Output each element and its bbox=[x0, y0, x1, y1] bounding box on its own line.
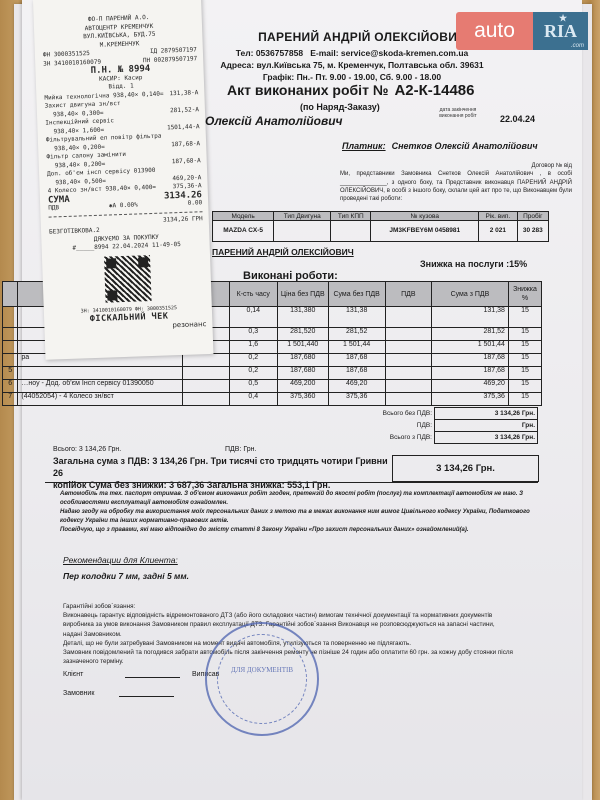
consent-paragraph: Посвідчую, що з правами, які маю відпові… bbox=[60, 526, 540, 535]
works-cell-vat bbox=[385, 380, 431, 393]
vat-small: ПДВ: Грн. bbox=[225, 446, 256, 453]
totals-table: Всього без ПДВ:3 134,26 Грн.ПДВ:Грн.Всьо… bbox=[320, 407, 538, 444]
works-cell-total: 187,68 bbox=[431, 367, 508, 380]
works-cell-vat bbox=[385, 367, 431, 380]
receipt-item-sum: 187,68-А bbox=[171, 140, 200, 150]
works-cell-unit bbox=[183, 380, 229, 393]
works-cell-n: 6 bbox=[3, 380, 18, 393]
works-col-header: Знижка % bbox=[508, 282, 541, 307]
contract-text: Договор № від Ми, представники Замовника… bbox=[340, 162, 572, 203]
executor-name: ПАРЕНИЙ АНДРІЙ ОЛЕКСІЙОВИЧ bbox=[212, 247, 354, 257]
works-cell-qty: 0,5 bbox=[229, 380, 277, 393]
works-cell-n bbox=[3, 307, 18, 328]
totals-label: Всього з ПДВ: bbox=[320, 432, 435, 444]
act-title-text: Акт виконаних робіт № bbox=[227, 82, 388, 98]
autoria-logo-auto: auto bbox=[456, 12, 533, 50]
works-cell-disc: 15 bbox=[508, 393, 541, 406]
works-cell-qty: 0,2 bbox=[229, 354, 277, 367]
works-cell-sum: 131,38 bbox=[328, 307, 385, 328]
grand-total-line-1: Загальна сума з ПДВ: 3 134,26 Грн. Три т… bbox=[53, 455, 388, 479]
works-col-header: Сума з ПДВ bbox=[431, 282, 508, 307]
signature-customer: Замовник bbox=[63, 690, 174, 697]
vehicle-table: МодельТип ДвигунаТип КПП№ кузоваРік. вип… bbox=[212, 211, 549, 242]
consent-paragraph: Автомобіль та тех. паспорт отримав. З об… bbox=[60, 490, 540, 508]
works-cell-sum: 1 501,44 bbox=[328, 341, 385, 354]
receipt-vat-value: 0.00 bbox=[188, 199, 203, 208]
grand-total-text: Загальна сума з ПДВ: 3 134,26 Грн. Три т… bbox=[53, 455, 388, 491]
receipt-header: ФО-П ПАРЕНИЙ А.О.АВТОЦЕНТР КРЕМЕНЧУКВУЛ.… bbox=[42, 12, 197, 51]
totals-row: Всього без ПДВ:3 134,26 Грн. bbox=[320, 408, 538, 420]
works-cell-disc: 15 bbox=[508, 354, 541, 367]
works-cell-name: (44052054) - 4 Колесо зн/вст bbox=[18, 393, 183, 406]
totals-value: 3 134,26 Грн. bbox=[435, 408, 538, 420]
divider bbox=[45, 482, 538, 483]
works-cell-total: 469,20 bbox=[431, 380, 508, 393]
vehicle-cell: MAZDA CX-5 bbox=[213, 221, 274, 242]
grand-total-box: 3 134,26 Грн. bbox=[392, 455, 539, 482]
works-cell-total: 187,68 bbox=[431, 354, 508, 367]
works-cell-vat bbox=[385, 341, 431, 354]
works-cell-sum: 187,68 bbox=[328, 367, 385, 380]
act-title: Акт виконаних робіт №А2-К-14486 bbox=[227, 82, 474, 99]
works-cell-price: 131,380 bbox=[277, 307, 328, 328]
works-cell-qty: 0,4 bbox=[229, 393, 277, 406]
order-reference: (по Наряд-Заказу) bbox=[300, 102, 380, 112]
works-cell-n bbox=[3, 354, 18, 367]
works-col-header: К-сть часу bbox=[229, 282, 277, 307]
autoria-logo-ria: ★ RIA .com bbox=[533, 12, 588, 50]
vehicle-col-header: Пробіг bbox=[517, 212, 548, 221]
works-cell-disc: 15 bbox=[508, 380, 541, 393]
signature-line bbox=[119, 696, 174, 697]
warranty-title: Гарантійні зобов`язання: bbox=[63, 602, 515, 611]
works-cell-unit bbox=[183, 367, 229, 380]
works-cell-name bbox=[18, 367, 183, 380]
qr-code-icon bbox=[104, 255, 152, 303]
works-cell-disc: 15 bbox=[508, 328, 541, 341]
totals-label: ПДВ: bbox=[320, 420, 435, 432]
autoria-com-text: .com bbox=[571, 43, 584, 49]
recommendations-body: Пер колодки 7 мм, задні 5 мм. bbox=[63, 571, 189, 581]
vehicle-cell: JM3KFBEY6M 0458981 bbox=[371, 221, 479, 242]
works-cell-total: 281,52 bbox=[431, 328, 508, 341]
works-cell-disc: 15 bbox=[508, 341, 541, 354]
works-cell-unit bbox=[183, 393, 229, 406]
table-row: 7(44052054) - 4 Колесо зн/вст0,4375,3603… bbox=[3, 393, 542, 406]
date-label: дата закінчення виконання робіт bbox=[438, 107, 478, 119]
sum-small: Всього: 3 134,26 Грн. bbox=[53, 446, 121, 453]
works-cell-sum: 469,20 bbox=[328, 380, 385, 393]
works-cell-name: …ноу - Дод. об'єм Інсп сервісу 01390050 bbox=[18, 380, 183, 393]
company-name: ПАРЕНИЙ АНДРІЙ ОЛЕКСІЙОВИЧ bbox=[232, 30, 492, 44]
works-cell-qty: 0,2 bbox=[229, 367, 277, 380]
vehicle-col-header: Модель bbox=[213, 212, 274, 221]
payer-name: Снетков Олексій Анатолійович bbox=[392, 141, 538, 151]
works-cell-total: 375,36 bbox=[431, 393, 508, 406]
phone: Тел: 0536757858 bbox=[236, 48, 303, 58]
works-cell-vat bbox=[385, 354, 431, 367]
works-cell-price: 375,360 bbox=[277, 393, 328, 406]
contract-line: Договор № від bbox=[340, 162, 572, 170]
works-cell-disc: 15 bbox=[508, 307, 541, 328]
table-row: 6…ноу - Дод. об'єм Інсп сервісу 01390050… bbox=[3, 380, 542, 393]
payer-label: Платник: bbox=[342, 141, 386, 151]
vehicle-cell: 30 283 bbox=[517, 221, 548, 242]
signature-customer-label: Замовник bbox=[63, 690, 94, 697]
works-cell-total: 1 501,44 bbox=[431, 341, 508, 354]
totals-value: Грн. bbox=[435, 420, 538, 432]
works-cell-price: 281,520 bbox=[277, 328, 328, 341]
receipt-item-sum: 187,68-А bbox=[172, 157, 201, 167]
completion-date: 22.04.24 bbox=[500, 114, 535, 124]
works-cell-vat bbox=[385, 307, 431, 328]
works-cell-sum: 187,68 bbox=[328, 354, 385, 367]
signature-client-label: Клієнт bbox=[63, 671, 83, 678]
receipt-vat-label: ПДВ bbox=[48, 204, 59, 213]
totals-label: Всього без ПДВ: bbox=[320, 408, 435, 420]
works-cell-qty: 1,6 bbox=[229, 341, 277, 354]
address: Адреса: вул.Київська 75, м. Кременчук, П… bbox=[202, 59, 502, 71]
consent-text: Автомобіль та тех. паспорт отримав. З об… bbox=[60, 490, 540, 535]
recommendations-title: Рекомендации для Клиента: bbox=[63, 555, 178, 565]
works-col-header: Сума без ПДВ bbox=[328, 282, 385, 307]
works-cell-n: 7 bbox=[3, 393, 18, 406]
company-stamp: ДЛЯ ДОКУМЕНТІВ bbox=[205, 622, 319, 736]
vehicle-col-header: Рік. вип. bbox=[479, 212, 517, 221]
vehicle-col-header: № кузова bbox=[371, 212, 479, 221]
works-cell-price: 187,680 bbox=[277, 354, 328, 367]
works-cell-vat bbox=[385, 328, 431, 341]
client-name: Олексій Анатолійович bbox=[205, 114, 343, 128]
autoria-watermark: auto ★ RIA .com bbox=[456, 12, 588, 50]
receipt-item-sum: 131,38-А bbox=[169, 89, 198, 99]
works-col-header: Ціна без ПДВ bbox=[277, 282, 328, 307]
service-discount: Знижка на послуги :15% bbox=[420, 259, 527, 269]
stamp-text: ДЛЯ ДОКУМЕНТІВ bbox=[207, 666, 317, 675]
works-cell-n bbox=[3, 341, 18, 354]
works-cell-sum: 281,52 bbox=[328, 328, 385, 341]
totals-row: ПДВ:Грн. bbox=[320, 420, 538, 432]
company-contacts: Тел: 0536757858 E-mail: service@skoda-kr… bbox=[202, 47, 502, 83]
works-cell-price: 469,200 bbox=[277, 380, 328, 393]
signature-client: Клієнт bbox=[63, 671, 180, 678]
works-cell-qty: 0,3 bbox=[229, 328, 277, 341]
receipt-items: Мийка технологічна 938,40× 0,140=131,38-… bbox=[44, 89, 201, 196]
works-cell-total: 131,38 bbox=[431, 307, 508, 328]
contract-body: Ми, представники Замовника Снетков Олекс… bbox=[340, 170, 572, 203]
works-cell-disc: 15 bbox=[508, 367, 541, 380]
totals-value: 3 134,26 Грн. bbox=[435, 432, 538, 444]
vehicle-col-header: Тип КПП bbox=[331, 212, 371, 221]
vehicle-cell bbox=[274, 221, 331, 242]
works-cell-unit bbox=[183, 354, 229, 367]
receipt-vat-rate: ✱А 0.00% bbox=[109, 201, 138, 211]
works-cell-price: 187,680 bbox=[277, 367, 328, 380]
works-cell-qty: 0,14 bbox=[229, 307, 277, 328]
works-cell-sum: 375,36 bbox=[328, 393, 385, 406]
works-cell-price: 1 501,440 bbox=[277, 341, 328, 354]
works-cell-n: 5 bbox=[3, 367, 18, 380]
receipt-item-sum: 1501,44-А bbox=[167, 123, 200, 133]
works-col-header bbox=[3, 282, 18, 307]
signature-line bbox=[125, 677, 180, 678]
vehicle-cell: 2 021 bbox=[479, 221, 517, 242]
consent-paragraph: Надаю згоду на обробку та використання м… bbox=[60, 508, 540, 526]
vehicle-cell bbox=[331, 221, 371, 242]
fiscal-receipt: ФО-П ПАРЕНИЙ А.О.АВТОЦЕНТР КРЕМЕНЧУКВУЛ.… bbox=[33, 0, 213, 360]
act-number: А2-К-14486 bbox=[394, 82, 474, 99]
totals-row: Всього з ПДВ:3 134,26 Грн. bbox=[320, 432, 538, 444]
works-cell-n bbox=[3, 328, 18, 341]
receipt-item-sum: 281,52-А bbox=[170, 106, 199, 116]
star-icon: ★ bbox=[559, 13, 567, 24]
payer: Платник:Снетков Олексій Анатолійович bbox=[342, 141, 538, 151]
vehicle-col-header: Тип Двигуна bbox=[274, 212, 331, 221]
works-col-header: ПДВ bbox=[385, 282, 431, 307]
works-cell-vat bbox=[385, 393, 431, 406]
email: E-mail: service@skoda-kremen.com.ua bbox=[310, 48, 468, 58]
table-row: 50,2187,680187,68187,6815 bbox=[3, 367, 542, 380]
